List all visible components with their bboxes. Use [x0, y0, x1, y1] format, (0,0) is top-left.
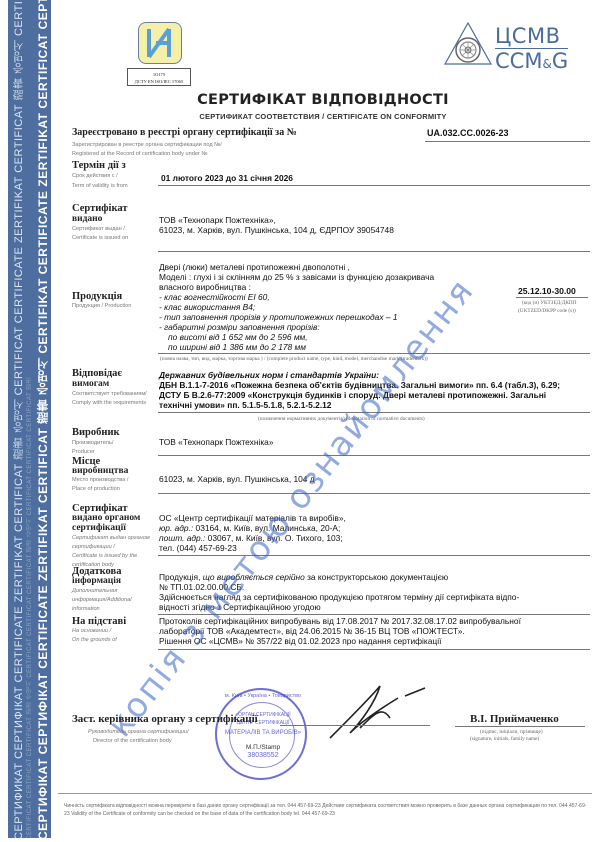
registry-number: UA.032.CC.0026-23	[427, 128, 509, 139]
validity-sub-ru: Срок действия с /	[72, 172, 118, 181]
footer-divider	[58, 793, 592, 794]
issued-to-address: 61023, м. Харків, вул. Пушкінська, 104 д…	[159, 225, 394, 236]
issued-to-sub-en: Certificate is issued on	[72, 234, 128, 243]
cert-body-name: ОС «Центр сертифікації матеріалів та вир…	[159, 513, 346, 524]
requirements-label-1: Відповідає	[72, 368, 122, 379]
producer-label: Виробник	[72, 427, 120, 438]
logo-line-2-main: CCM	[495, 49, 542, 73]
grounds-sub-ru: На основании /	[72, 627, 111, 636]
accreditation-badge: 1О175 ДСТУ EN ISO/IEC 17065	[127, 68, 191, 86]
signature-icon	[320, 678, 440, 748]
additional-sub: Дополнительная	[72, 587, 117, 596]
text: Продукція,	[159, 572, 203, 582]
product-line: по ширині від 1 386 мм до 2 178 мм	[168, 342, 306, 353]
requirements-line: Державних будівельних норм і стандартів …	[159, 370, 379, 381]
accreditation-number: 1О175	[128, 71, 190, 78]
validity-sub-en: Term of validity is from	[72, 182, 128, 191]
product-code-note: (код (и) УКТЗЕД/ДКПП	[522, 300, 577, 306]
registry-label: Зареєстровано в реєстрі органу сертифіка…	[72, 127, 297, 138]
divider	[158, 251, 590, 252]
issued-to-label-2: видано	[72, 214, 102, 225]
stamp-label: М.П./Stamp	[217, 744, 309, 751]
additional-sub: информация/Additional	[72, 596, 131, 605]
signatory-sub-ru: Руководитель органа сертификации/	[88, 728, 189, 737]
footer-validity-note: Чинність сертифіката відповідності можна…	[64, 802, 589, 818]
certificate-subtitle: СЕРТИФИКАТ СООТВЕТСТВИЯ / CERTIFICATE ON…	[0, 112, 596, 121]
additional-sub: information	[72, 605, 100, 614]
cert-body-label-3: сертифікації	[72, 523, 126, 534]
product-line: Моделі : глухі і зі склінням до 25 % з з…	[159, 272, 434, 283]
stamp-code: 38038552	[217, 752, 309, 759]
stamp-text: МАТЕРІАЛІВ ТА ВИРОБІВ»	[217, 730, 309, 736]
product-line: - тип заповнення прорізів у протипожежни…	[159, 312, 397, 323]
product-line: - габаритні розміри заповнення прорізів:	[159, 322, 320, 333]
validity-period: 01 лютого 2023 до 31 січня 2026	[161, 173, 293, 184]
divider	[158, 353, 590, 354]
divider	[158, 493, 590, 494]
divider	[516, 297, 588, 298]
divider	[158, 649, 590, 650]
divider	[158, 185, 590, 186]
registry-sub-en: Registered at the Record of certificatio…	[72, 150, 207, 159]
side-band-text: СЕРТИФИКАТ СЕРТИФІКАТ CERTIFICATE ZERTIF…	[11, 0, 25, 838]
issued-to-label-1: Сертифікат	[72, 203, 128, 214]
certificate-side-band: СЕРТИФИКАТ СЕРТИФІКАТ CERTIFICATE ZERTIF…	[8, 0, 51, 838]
requirements-sub-ru: Соответствует требованиям/	[72, 390, 147, 399]
product-line: - клас вогнестійкості EI 60,	[159, 292, 270, 303]
cert-body-phone: тел. (044) 457-69-23	[159, 543, 237, 554]
cert-body-sub: Сертификат выдан органом	[72, 534, 150, 543]
issued-to-sub-ru: Сертификат выдан /	[72, 225, 125, 234]
divider	[158, 555, 590, 556]
grounds-sub-en: On the grounds of	[72, 636, 117, 645]
producer-sub-ru: Производитель/	[72, 439, 113, 448]
cert-body-sub: сертификации /	[72, 543, 115, 552]
stamp-ring-text: м. Київ • Україна • Товариство	[217, 693, 309, 699]
logo-line-2: CCM&G	[495, 48, 568, 76]
place-sub-ru: Место производства /	[72, 476, 128, 485]
requirements-line: технічні умови» пп. 5.1.5-5.1.8, 5.2.1-5…	[159, 400, 331, 411]
product-line: Двері (люки) металеві протипожежні двопо…	[159, 262, 350, 273]
additional-label-2: інформація	[72, 576, 121, 587]
place-sub-en: Place of production	[72, 485, 120, 494]
registry-sub-ru: Зарегистрирован в реестре органа сертифи…	[72, 141, 222, 150]
logo-line-1: ЦСМВ	[495, 24, 568, 48]
signature-line	[280, 725, 430, 726]
side-band-text-bold: СЕРТИФІКАТ СЕРТИФІКАТ CERTIFICATE ZERTIF…	[34, 0, 48, 838]
legal-address-label: юр. адр.:	[159, 523, 193, 533]
product-line: - клас використання В4;	[159, 302, 255, 313]
signatory-title: Заст. керівника органу з сертифікації	[72, 714, 258, 725]
logo-line-2-small: &	[542, 57, 551, 71]
name-note: (підпис, ініціали, прізвище)	[480, 729, 543, 735]
product-code: 25.12.10-30.00	[518, 286, 576, 297]
divider	[158, 455, 590, 456]
producer-value: ТОВ «Технопарк Пожтехніка»	[159, 437, 274, 448]
product-line: по висоті від 1 652 мм до 2 596 мм,	[168, 332, 308, 343]
additional-line-1: Продукція, що виробляється серійно за ко…	[159, 572, 448, 583]
grounds-label: На підставі	[72, 616, 126, 627]
name-note: (signature, initials, family name)	[470, 736, 539, 742]
product-sub: Продукция / Production	[72, 302, 131, 311]
signatory-sub-en: Director of the certification body	[93, 737, 172, 746]
certificate-title: СЕРТИФІКАТ ВІДПОВІДНОСТІ	[0, 92, 596, 108]
product-label: Продукція	[72, 291, 122, 302]
name-line	[455, 726, 585, 727]
cert-body-sub: Certificate is issued by the	[72, 552, 137, 561]
validity-label: Термін дії з	[72, 160, 126, 171]
logo-line-2-end: G	[552, 49, 568, 73]
official-stamp: м. Київ • Україна • Товариство «ОРГАН СЕ…	[215, 688, 307, 780]
side-band-text-small: CERTIFICAT CERTIFICAT CERTIFICAT 證書 증명서 …	[25, 0, 33, 838]
accreditation-logo-icon	[138, 22, 182, 64]
divider	[425, 141, 590, 142]
product-line: власного виробництва :	[159, 282, 251, 293]
accreditation-standard: ДСТУ EN ISO/IEC 17065	[128, 78, 190, 85]
postal-address-label: пошт. адр.:	[159, 533, 205, 543]
ccmg-logo-text: ЦСМВ CCM&G	[495, 24, 568, 76]
requirements-sub-en: Comply with the requirements	[72, 399, 146, 408]
text: за конструкторською документацією	[305, 572, 448, 582]
signatory-name: В.І. Приймаченко	[470, 714, 559, 725]
product-code-note: (UKTZED/DKPP code (s))	[518, 308, 576, 314]
ccmg-emblem-icon	[442, 20, 494, 68]
issued-to-company: ТОВ «Технопарк Пожтехніка»,	[159, 215, 276, 226]
requirements-label-2: вимогам	[72, 379, 109, 390]
